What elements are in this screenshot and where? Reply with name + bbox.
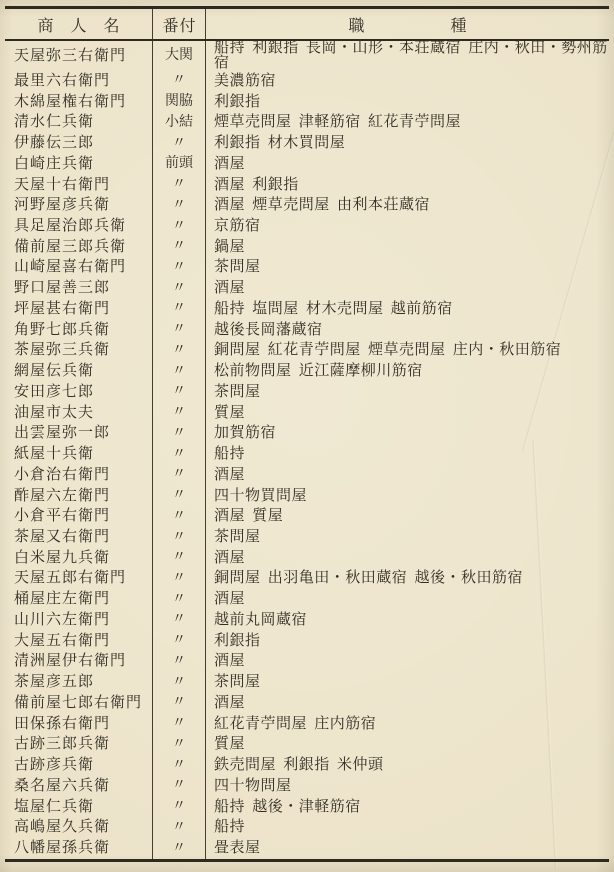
- merchant-name-cell: 紙屋十兵衛: [5, 447, 152, 462]
- table-row: 茶屋彦五郎 〃 茶問屋: [5, 672, 609, 693]
- merchant-name-cell: 山川六左衛門: [5, 613, 152, 628]
- rank-cell: 〃: [152, 71, 206, 92]
- rank-cell: 〃: [152, 755, 206, 776]
- rank-cell: 〃: [152, 838, 206, 859]
- table-row: 野口屋善三郎 〃 酒屋: [5, 278, 609, 299]
- table-row: 酢屋六左衛門 〃 四十物買問屋: [5, 486, 609, 507]
- table-row: 天屋五郎右衛門 〃 銅問屋 出羽亀田・秋田蔵宿 越後・秋田筋宿: [5, 569, 609, 590]
- table-row: 網屋伝兵衛 〃 松前物問屋 近江薩摩柳川筋宿: [5, 361, 609, 382]
- table-row: 白崎庄兵衛 前頭 酒屋: [5, 154, 609, 175]
- table-row: 山川六左衛門 〃 越前丸岡蔵宿: [5, 610, 609, 631]
- table-header-row: 商人名 番付 職種: [5, 9, 609, 41]
- table-row: 塩屋仁兵衛 〃 船持 越後・津軽筋宿: [5, 797, 609, 818]
- merchant-name-cell: 油屋市太夫: [5, 406, 152, 421]
- trade-cell: 利銀指: [206, 634, 609, 649]
- table-row: 小倉治右衛門 〃 酒屋: [5, 465, 609, 486]
- table-row: 最里六右衛門 〃 美濃筋宿: [5, 71, 609, 92]
- merchant-name-cell: 古跡彦兵衛: [5, 758, 152, 773]
- table-row: 紙屋十兵衛 〃 船持: [5, 444, 609, 465]
- trade-cell: 酒屋: [206, 696, 609, 711]
- trade-cell: 松前物問屋 近江薩摩柳川筋宿: [206, 364, 609, 379]
- table-row: 角野七郎兵衛 〃 越後長岡藩蔵宿: [5, 320, 609, 341]
- trade-cell: 越前丸岡蔵宿: [206, 613, 609, 628]
- merchant-name-cell: 酢屋六左衛門: [5, 489, 152, 504]
- table-row: 清洲屋伊右衛門 〃 酒屋: [5, 652, 609, 673]
- rank-cell: 〃: [152, 361, 206, 382]
- merchant-name-cell: 河野屋彦兵衛: [5, 198, 152, 213]
- merchant-name-cell: 天屋弥三右衛門: [5, 49, 152, 64]
- rank-cell: 関脇: [152, 92, 206, 113]
- rank-cell: 〃: [152, 672, 206, 693]
- trade-cell: 茶問屋: [206, 260, 609, 275]
- merchant-name-cell: 木綿屋権右衛門: [5, 95, 152, 110]
- header-merchant-name: 商人名: [5, 9, 152, 39]
- trade-cell: 質屋: [206, 737, 609, 752]
- rank-cell: 〃: [152, 423, 206, 444]
- table-row: 備前屋七郎右衛門 〃 酒屋: [5, 693, 609, 714]
- table-row: 茶屋又右衛門 〃 茶問屋: [5, 527, 609, 548]
- rank-cell: 〃: [152, 382, 206, 403]
- trade-cell: 煙草売問屋 津軽筋宿 紅花青苧問屋: [206, 115, 609, 130]
- trade-cell: 京筋宿: [206, 219, 609, 234]
- rank-cell: 〃: [152, 527, 206, 548]
- merchant-name-cell: 坪屋甚右衛門: [5, 302, 152, 317]
- merchant-name-cell: 桶屋庄左衛門: [5, 592, 152, 607]
- table-row: 古跡彦兵衛 〃 鉄売問屋 利銀指 米仲頭: [5, 755, 609, 776]
- merchant-name-cell: 安田彦七郎: [5, 385, 152, 400]
- merchant-name-cell: 網屋伝兵衛: [5, 364, 152, 379]
- trade-cell: 銅問屋 紅花青苧問屋 煙草売問屋 庄内・秋田筋宿: [206, 343, 609, 358]
- table-row: 油屋市太夫 〃 質屋: [5, 403, 609, 424]
- table-body: 天屋弥三右衛門 大関 船持 利銀指 長岡・山形・本荘蔵宿 庄内・秋田・勢州筋宿 …: [5, 41, 609, 859]
- table-row: 桶屋庄左衛門 〃 酒屋: [5, 589, 609, 610]
- rank-cell: 〃: [152, 569, 206, 590]
- trade-cell: 鉄売問屋 利銀指 米仲頭: [206, 758, 609, 773]
- rank-cell: 〃: [152, 278, 206, 299]
- merchant-name-cell: 古跡三郎兵衛: [5, 737, 152, 752]
- trade-cell: 酒屋: [206, 551, 609, 566]
- merchant-name-cell: 小倉治右衛門: [5, 468, 152, 483]
- trade-cell: 酒屋: [206, 654, 609, 669]
- table-row: 河野屋彦兵衛 〃 酒屋 煙草売問屋 由利本荘蔵宿: [5, 195, 609, 216]
- trade-cell: 畳表屋: [206, 841, 609, 856]
- trade-cell: 船持 越後・津軽筋宿: [206, 800, 609, 815]
- rank-cell: 小結: [152, 112, 206, 133]
- merchant-name-cell: 角野七郎兵衛: [5, 323, 152, 338]
- merchant-name-cell: 天屋十右衛門: [5, 178, 152, 193]
- merchant-name-cell: 出雲屋弥一郎: [5, 426, 152, 441]
- merchant-name-cell: 八幡屋孫兵衛: [5, 841, 152, 856]
- merchant-ranking-table: 商人名 番付 職種 天屋弥三右衛門 大関 船持 利銀指 長岡・山形・本荘蔵宿 庄…: [5, 6, 609, 862]
- merchant-name-cell: 茶屋又右衛門: [5, 530, 152, 545]
- trade-cell: 質屋: [206, 406, 609, 421]
- trade-cell: 茶問屋: [206, 675, 609, 690]
- trade-cell: 鍋屋: [206, 240, 609, 255]
- trade-cell: 酒屋: [206, 468, 609, 483]
- rank-cell: 〃: [152, 133, 206, 154]
- table-row: 坪屋甚右衛門 〃 船持 塩問屋 材木売問屋 越前筋宿: [5, 299, 609, 320]
- trade-cell: 利銀指: [206, 95, 609, 110]
- rank-cell: 〃: [152, 320, 206, 341]
- merchant-name-cell: 茶屋彦五郎: [5, 675, 152, 690]
- trade-cell: 酒屋 利銀指: [206, 178, 609, 193]
- rank-cell: 〃: [152, 548, 206, 569]
- rank-cell: 〃: [152, 652, 206, 673]
- table-row: 白米屋九兵衛 〃 酒屋: [5, 548, 609, 569]
- merchant-name-cell: 茶屋弥三兵衛: [5, 343, 152, 358]
- rank-cell: 〃: [152, 341, 206, 362]
- merchant-name-cell: 高嶋屋久兵衛: [5, 820, 152, 835]
- table-row: 小倉平右衛門 〃 酒屋 質屋: [5, 506, 609, 527]
- rank-cell: 〃: [152, 693, 206, 714]
- document-page: 商人名 番付 職種 天屋弥三右衛門 大関 船持 利銀指 長岡・山形・本荘蔵宿 庄…: [0, 0, 614, 872]
- table-row: 備前屋三郎兵衛 〃 鍋屋: [5, 237, 609, 258]
- rank-cell: 前頭: [152, 154, 206, 175]
- merchant-name-cell: 山崎屋喜右衛門: [5, 260, 152, 275]
- table-row: 茶屋弥三兵衛 〃 銅問屋 紅花青苧問屋 煙草売問屋 庄内・秋田筋宿: [5, 341, 609, 362]
- trade-cell: 加賀筋宿: [206, 426, 609, 441]
- merchant-name-cell: 田保孫右衛門: [5, 717, 152, 732]
- merchant-name-cell: 塩屋仁兵衛: [5, 800, 152, 815]
- table-row: 木綿屋権右衛門 関脇 利銀指: [5, 92, 609, 113]
- rank-cell: 〃: [152, 299, 206, 320]
- rank-cell: 〃: [152, 735, 206, 756]
- merchant-name-cell: 清洲屋伊右衛門: [5, 654, 152, 669]
- trade-cell: 船持 利銀指 長岡・山形・本荘蔵宿 庄内・秋田・勢州筋宿: [206, 41, 609, 71]
- trade-cell: 酒屋 質屋: [206, 509, 609, 524]
- rank-cell: 〃: [152, 216, 206, 237]
- table-row: 天屋十右衛門 〃 酒屋 利銀指: [5, 175, 609, 196]
- trade-cell: 酒屋: [206, 281, 609, 296]
- rank-cell: 〃: [152, 258, 206, 279]
- merchant-name-cell: 伊藤伝三郎: [5, 136, 152, 151]
- rank-cell: 〃: [152, 506, 206, 527]
- rank-cell: 〃: [152, 444, 206, 465]
- trade-cell: 美濃筋宿: [206, 74, 609, 89]
- table-row: 出雲屋弥一郎 〃 加賀筋宿: [5, 423, 609, 444]
- table-row: 古跡三郎兵衛 〃 質屋: [5, 735, 609, 756]
- table-row: 桑名屋六兵衛 〃 四十物問屋: [5, 776, 609, 797]
- header-trade: 職種: [206, 9, 609, 39]
- merchant-name-cell: 大屋五右衛門: [5, 634, 152, 649]
- rank-cell: 大関: [152, 41, 206, 71]
- rank-cell: 〃: [152, 776, 206, 797]
- rank-cell: 〃: [152, 465, 206, 486]
- rank-cell: 〃: [152, 610, 206, 631]
- trade-cell: 船持: [206, 820, 609, 835]
- rank-cell: 〃: [152, 797, 206, 818]
- rank-cell: 〃: [152, 195, 206, 216]
- table-row: 田保孫右衛門 〃 紅花青苧問屋 庄内筋宿: [5, 714, 609, 735]
- merchant-name-cell: 清水仁兵衛: [5, 115, 152, 130]
- trade-cell: 紅花青苧問屋 庄内筋宿: [206, 717, 609, 732]
- table-row: 清水仁兵衛 小結 煙草売問屋 津軽筋宿 紅花青苧問屋: [5, 112, 609, 133]
- table-row: 安田彦七郎 〃 茶問屋: [5, 382, 609, 403]
- merchant-name-cell: 小倉平右衛門: [5, 509, 152, 524]
- trade-cell: 酒屋: [206, 592, 609, 607]
- merchant-name-cell: 野口屋善三郎: [5, 281, 152, 296]
- trade-cell: 茶問屋: [206, 385, 609, 400]
- merchant-name-cell: 備前屋七郎右衛門: [5, 696, 152, 711]
- rank-cell: 〃: [152, 486, 206, 507]
- merchant-name-cell: 具足屋治郎兵衛: [5, 219, 152, 234]
- merchant-name-cell: 備前屋三郎兵衛: [5, 240, 152, 255]
- rank-cell: 〃: [152, 237, 206, 258]
- trade-cell: 越後長岡藩蔵宿: [206, 323, 609, 338]
- trade-cell: 銅問屋 出羽亀田・秋田蔵宿 越後・秋田筋宿: [206, 571, 609, 586]
- trade-cell: 四十物問屋: [206, 779, 609, 794]
- table-row: 大屋五右衛門 〃 利銀指: [5, 631, 609, 652]
- table-row: 高嶋屋久兵衛 〃 船持: [5, 817, 609, 838]
- trade-cell: 船持 塩問屋 材木売問屋 越前筋宿: [206, 302, 609, 317]
- merchant-name-cell: 天屋五郎右衛門: [5, 571, 152, 586]
- table-row: 山崎屋喜右衛門 〃 茶問屋: [5, 258, 609, 279]
- table-row: 八幡屋孫兵衛 〃 畳表屋: [5, 838, 609, 859]
- trade-cell: 四十物買問屋: [206, 489, 609, 504]
- trade-cell: 利銀指 材木買問屋: [206, 136, 609, 151]
- rank-cell: 〃: [152, 403, 206, 424]
- merchant-name-cell: 白崎庄兵衛: [5, 157, 152, 172]
- trade-cell: 船持: [206, 447, 609, 462]
- rank-cell: 〃: [152, 175, 206, 196]
- merchant-name-cell: 最里六右衛門: [5, 74, 152, 89]
- merchant-name-cell: 桑名屋六兵衛: [5, 779, 152, 794]
- merchant-name-cell: 白米屋九兵衛: [5, 551, 152, 566]
- header-rank: 番付: [152, 9, 206, 39]
- trade-cell: 茶問屋: [206, 530, 609, 545]
- rank-cell: 〃: [152, 714, 206, 735]
- table-row: 具足屋治郎兵衛 〃 京筋宿: [5, 216, 609, 237]
- trade-cell: 酒屋 煙草売問屋 由利本荘蔵宿: [206, 198, 609, 213]
- table-row: 天屋弥三右衛門 大関 船持 利銀指 長岡・山形・本荘蔵宿 庄内・秋田・勢州筋宿: [5, 41, 609, 71]
- trade-cell: 酒屋: [206, 157, 609, 172]
- rank-cell: 〃: [152, 631, 206, 652]
- rank-cell: 〃: [152, 589, 206, 610]
- table-row: 伊藤伝三郎 〃 利銀指 材木買問屋: [5, 133, 609, 154]
- rank-cell: 〃: [152, 817, 206, 838]
